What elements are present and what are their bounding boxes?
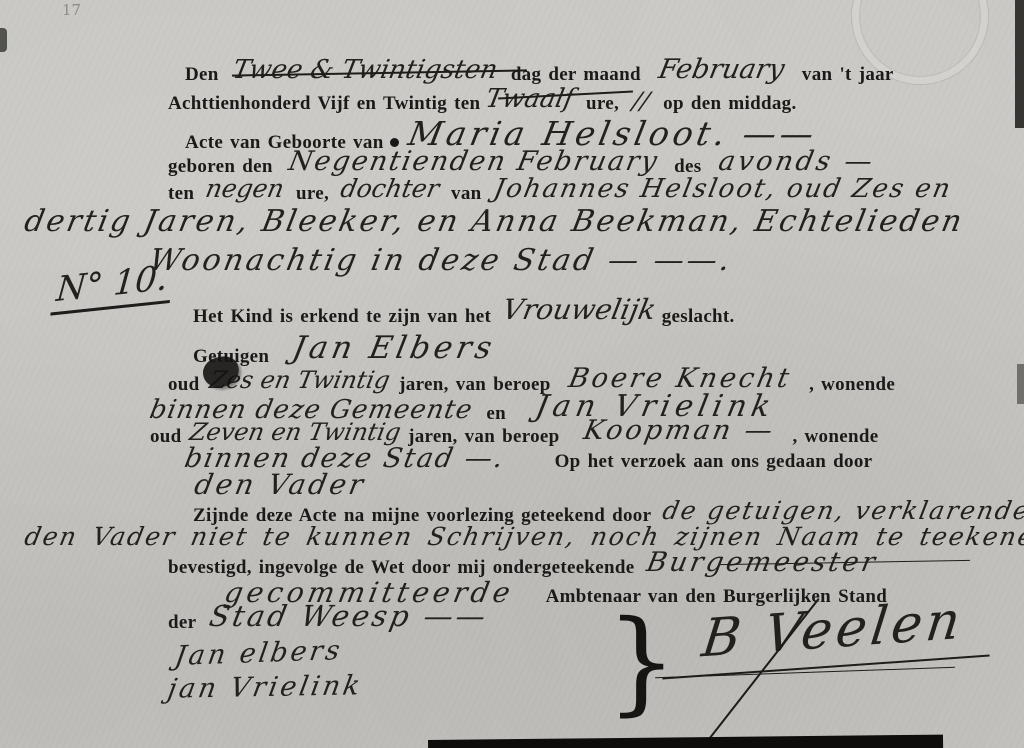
handwriting-parents-line: dertig Jaren, Bleeker, en Anna Beekman, … — [25, 204, 964, 239]
printed-text: geslacht. — [662, 306, 735, 327]
handwritten-child-relation: dochter — [338, 174, 442, 203]
handwritten-daypart: avonds — — [716, 146, 878, 177]
printed-text: oud — [150, 426, 182, 447]
form-line-gender: Het Kind is erkend te zijn van het Vrouw… — [193, 296, 735, 329]
handwritten-mother-name: dertig Jaren, Bleeker, en Anna Beekman, … — [22, 204, 967, 239]
handwritten-witness1-name: Jan Elbers — [290, 330, 499, 366]
printed-text: , wonende — [809, 374, 895, 395]
handwritten-signers: de getuigen, verklarende — [660, 496, 1024, 525]
printed-text: bevestigd, ingevolge de Wet door mij ond… — [168, 557, 635, 578]
handwritten-city: Stad Weesp —— — [207, 599, 492, 633]
printed-text: der — [168, 612, 196, 633]
form-line-city: der Stad Weesp —— — [168, 601, 488, 635]
form-line-date: Den Twee & Twintigsten dag der maand Feb… — [185, 56, 894, 87]
handwritten-hour-of-birth: negen — [203, 174, 286, 203]
form-line-father: ten negen ure, dochter van Johannes Hels… — [168, 176, 951, 206]
scan-edge-strip — [1017, 364, 1024, 404]
printed-text: ure, — [586, 93, 619, 114]
signature-brace: } — [606, 606, 677, 718]
printed-text: ten — [168, 183, 194, 204]
printed-text: dag der maand — [511, 64, 641, 85]
handwriting-residence-line: Woonachtig in deze Stad — ——. — [150, 243, 732, 278]
printed-text: ure, — [296, 183, 329, 204]
handwritten-residence: Woonachtig in deze Stad — ——. — [147, 243, 736, 278]
handwritten-scribble: // — [630, 87, 652, 115]
pencil-archive-number: 17 — [62, 1, 81, 19]
handwritten-birthdate: Negentienden February — [286, 146, 661, 177]
handwritten-month: February — [656, 54, 787, 85]
scan-bottom-strip — [428, 735, 943, 748]
handwritten-witness2-occupation: Koopman — — [581, 415, 778, 446]
printed-text: Den — [185, 64, 219, 85]
witness1-signature: Jan elbers — [175, 635, 344, 672]
form-line-year-hour: Achttienhonderd Vijf en Twintig ten Twaa… — [168, 86, 797, 116]
printed-text: van — [451, 183, 481, 204]
handwritten-father-name: Johannes Helsloot, oud Zes en — [491, 174, 954, 204]
scan-edge-strip — [1015, 0, 1024, 128]
birth-certificate-document: 17 Den Twee & Twintigsten dag der maand … — [0, 0, 1024, 748]
handwriting-requester-line: den Vader — [195, 468, 366, 501]
printed-text: Achttienhonderd Vijf en Twintig ten — [168, 93, 480, 114]
act-number: N° 10. — [50, 258, 174, 315]
handwritten-requester: den Vader — [192, 468, 369, 501]
form-line-witnesses: Getuigen Jan Elbers — [193, 334, 496, 370]
handwritten-witness2-age: Zeven en Twintig — [187, 418, 403, 446]
printed-text: van 't jaar — [802, 64, 894, 85]
printed-text: op den middag. — [663, 93, 796, 114]
printed-text: Op het verzoek aan ons gedaan door — [555, 451, 873, 472]
scan-edge-mark — [0, 28, 7, 52]
printed-text: Het Kind is erkend te zijn van het — [193, 306, 491, 327]
handwritten-gender: Vrouwelijk — [500, 293, 659, 326]
witness2-signature: jan Vrielink — [168, 670, 363, 704]
